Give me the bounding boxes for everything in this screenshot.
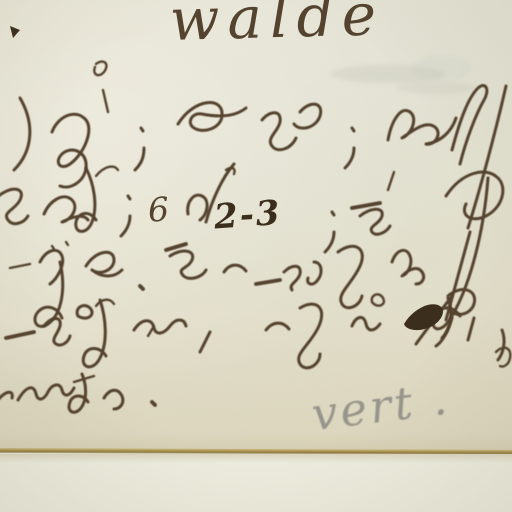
- header-word: walde: [169, 0, 385, 54]
- number-range: 2-3: [212, 193, 283, 238]
- script-line-2: [0, 164, 503, 329]
- manuscript-photo: walde: [0, 0, 512, 512]
- faint-pencil-smudge: [330, 55, 476, 94]
- script-line-3: [10, 232, 475, 346]
- ink-blot: [404, 304, 443, 330]
- script-line-5: [0, 374, 155, 412]
- pencil-annotation: vert .: [309, 372, 453, 441]
- ink-speck: [10, 26, 20, 38]
- handwriting-layer: walde: [0, 0, 512, 512]
- digit-six: 6: [147, 189, 171, 229]
